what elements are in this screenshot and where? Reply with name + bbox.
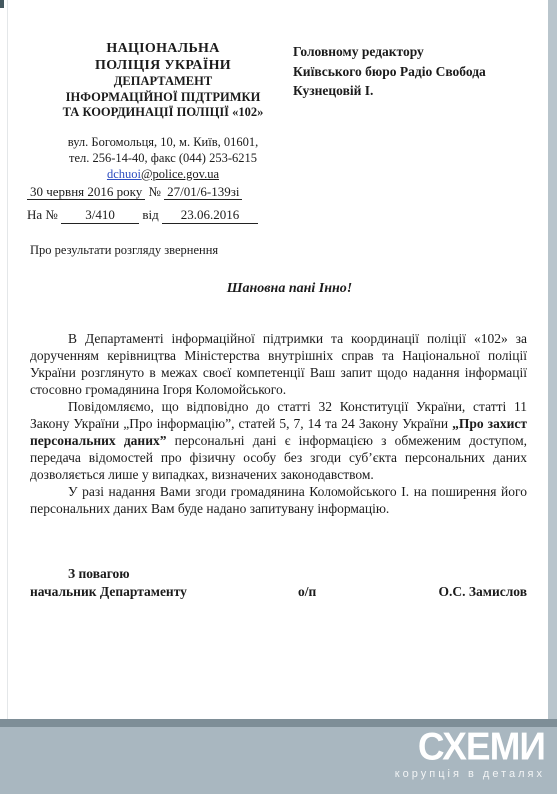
sender-dept-line2: ІНФОРМАЦІЙНОЇ ПІДТРИМКИ bbox=[57, 90, 269, 106]
incoming-ref-label: На № bbox=[27, 207, 58, 222]
scanned-letter: НАЦІОНАЛЬНА ПОЛІЦІЯ УКРАЇНИ ДЕПАРТАМЕНТ … bbox=[0, 0, 557, 794]
salutation: Шановна пані Інно! bbox=[0, 281, 557, 297]
paragraph-3: У разі надання Вами згоди громадянина Ко… bbox=[30, 483, 527, 517]
paragraph-2: Повідомляємо, що відповідно до статті 32… bbox=[30, 398, 527, 483]
sender-address: вул. Богомольця, 10, м. Київ, 01601, тел… bbox=[57, 134, 269, 182]
sender-block: НАЦІОНАЛЬНА ПОЛІЦІЯ УКРАЇНИ ДЕПАРТАМЕНТ … bbox=[57, 40, 269, 182]
reference-lines: 30 червня 2016 року № 27/01/6-139зі На №… bbox=[27, 184, 307, 224]
skhemy-logo-title: СХЕМИ bbox=[395, 728, 545, 765]
incoming-date-label: від bbox=[142, 207, 158, 222]
letter-date: 30 червня 2016 року bbox=[27, 184, 145, 200]
letter-body: В Департаменті інформаційної підтримки т… bbox=[30, 330, 527, 517]
sender-dept-line1: ДЕПАРТАМЕНТ bbox=[57, 74, 269, 90]
recipient-line1: Головному редактору bbox=[293, 42, 538, 62]
incoming-reference-line: На № 3/410 від 23.06.2016 bbox=[27, 207, 307, 224]
email-link[interactable]: dchuoi bbox=[107, 167, 141, 181]
incoming-ref-date: 23.06.2016 bbox=[162, 207, 258, 224]
recipient-line2: Київського бюро Радіо Свобода bbox=[293, 62, 538, 82]
signature-op-mark: о/п bbox=[298, 584, 316, 600]
sender-address-line2: тел. 256-14-40, факс (044) 253-6215 bbox=[57, 150, 269, 166]
scan-left-crease bbox=[7, 0, 8, 719]
signature-closing: З повагою bbox=[68, 566, 130, 582]
scan-corner-artifact bbox=[0, 0, 4, 8]
subject-line: Про результати розгляду звернення bbox=[30, 243, 218, 258]
recipient-block: Головному редактору Київського бюро Раді… bbox=[293, 42, 538, 101]
email-domain: @police.gov.ua bbox=[141, 167, 219, 181]
signer-title: начальник Департаменту bbox=[30, 584, 187, 600]
signer-name: О.С. Замислов bbox=[439, 584, 528, 600]
letter-number: 27/01/6-139зі bbox=[164, 184, 242, 200]
incoming-ref-number: 3/410 bbox=[61, 207, 139, 224]
sender-dept-line3: ТА КООРДИНАЦІЇ ПОЛІЦІЇ «102» bbox=[57, 105, 269, 121]
watermark-band: СХЕМИ корупція в деталях bbox=[0, 719, 557, 794]
sender-org-name-line1: НАЦІОНАЛЬНА bbox=[57, 40, 269, 57]
paragraph-1: В Департаменті інформаційної підтримки т… bbox=[30, 330, 527, 398]
sender-address-line1: вул. Богомольця, 10, м. Київ, 01601, bbox=[57, 134, 269, 150]
number-label: № bbox=[149, 184, 161, 199]
skhemy-logo-tagline: корупція в деталях bbox=[395, 768, 545, 780]
sender-email: dchuoi@police.gov.ua bbox=[57, 166, 269, 182]
recipient-line3: Кузнецовій І. bbox=[293, 81, 538, 101]
sender-org-name-line2: ПОЛІЦІЯ УКРАЇНИ bbox=[57, 57, 269, 74]
outgoing-reference-line: 30 червня 2016 року № 27/01/6-139зі bbox=[27, 184, 307, 200]
scan-right-edge bbox=[548, 0, 557, 719]
skhemy-logo: СХЕМИ корупція в деталях bbox=[395, 729, 545, 780]
